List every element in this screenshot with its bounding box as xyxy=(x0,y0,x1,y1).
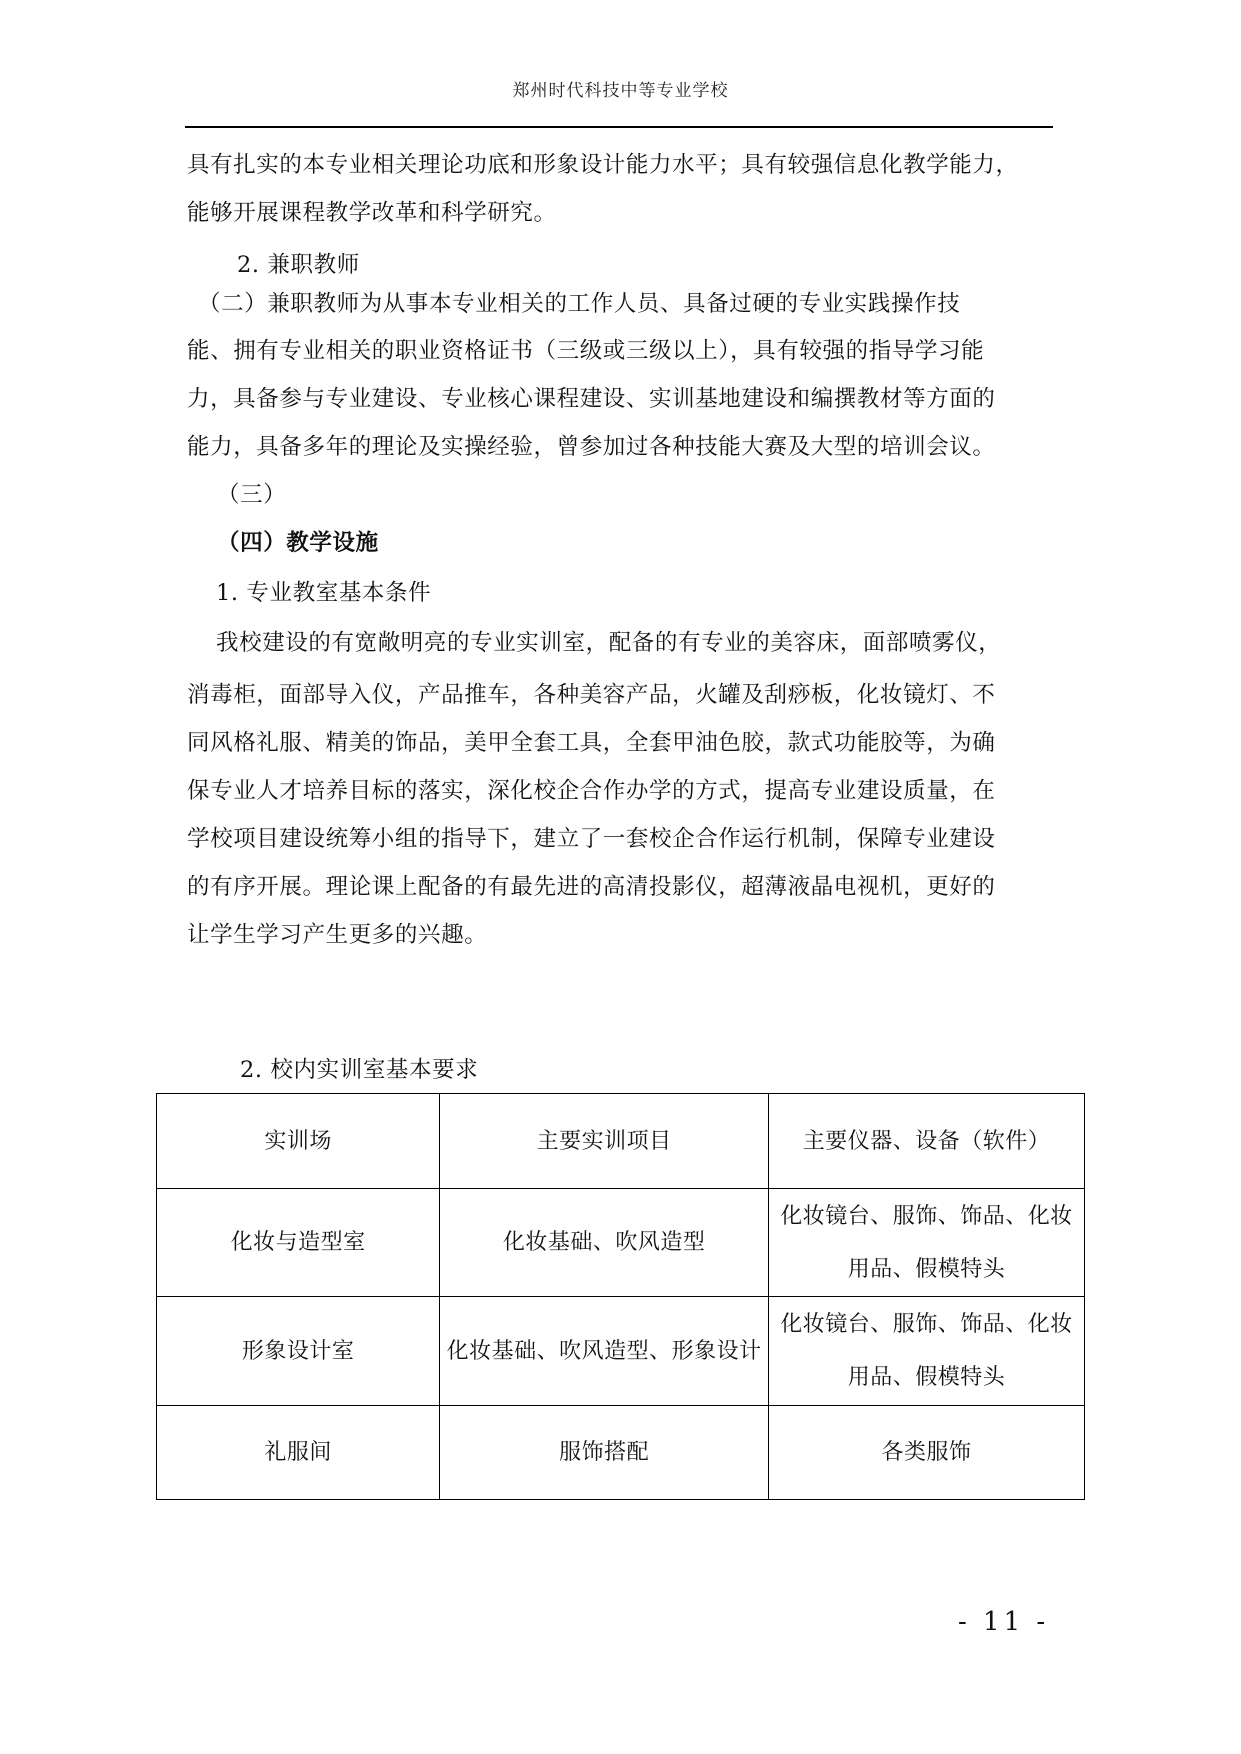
table-cell: 服饰搭配 xyxy=(440,1406,769,1500)
table-header-cell: 实训场 xyxy=(157,1094,440,1189)
paragraph-line: 能够开展课程教学改革和科学研究。 xyxy=(187,198,557,228)
paragraph-line: 让学生学习产生更多的兴趣。 xyxy=(187,920,487,950)
paragraph-line: 具有扎实的本专业相关理论功底和形象设计能力水平；具有较强信息化教学能力， xyxy=(187,150,1019,180)
table-row: 礼服间 服饰搭配 各类服饰 xyxy=(157,1406,1085,1500)
paragraph-line: （二）兼职教师为从事本专业相关的工作人员、具备过硬的专业实践操作技 xyxy=(198,289,960,319)
paragraph-line: 保专业人才培养目标的落实，深化校企合作办学的方式，提高专业建设质量，在 xyxy=(187,776,996,806)
table-cell: 化妆基础、吹风造型 xyxy=(440,1189,769,1297)
page-number: - 11 - xyxy=(958,1607,1049,1637)
paragraph-line: 能力，具备多年的理论及实操经验，曾参加过各种技能大赛及大型的培训会议。 xyxy=(187,432,996,462)
paragraph-line: 学校项目建设统筹小组的指导下，建立了一套校企合作运行机制，保障专业建设 xyxy=(187,824,996,854)
section-heading-teaching-facilities: （四）教学设施 xyxy=(217,528,379,558)
table-cell: 化妆镜台、服饰、饰品、化妆用品、假模特头 xyxy=(768,1189,1084,1297)
table-header-cell: 主要实训项目 xyxy=(440,1094,769,1189)
table-cell: 化妆基础、吹风造型、形象设计 xyxy=(440,1297,769,1406)
paragraph-line: 消毒柜，面部导入仪，产品推车，各种美容产品，火罐及刮痧板，化妆镜灯、不 xyxy=(187,680,996,710)
table-cell: 化妆与造型室 xyxy=(157,1189,440,1297)
section-heading-3: （三） xyxy=(217,480,286,510)
table-cell: 形象设计室 xyxy=(157,1297,440,1406)
header-divider xyxy=(185,126,1053,128)
table-cell: 礼服间 xyxy=(157,1406,440,1500)
paragraph-line: 我校建设的有宽敞明亮的专业实训室，配备的有专业的美容床，面部喷雾仪， xyxy=(216,628,1001,658)
paragraph-line: 力，具备参与专业建设、专业核心课程建设、实训基地建设和编撰教材等方面的 xyxy=(187,384,996,414)
table-header-row: 实训场 主要实训项目 主要仪器、设备（软件） xyxy=(157,1094,1085,1189)
table-cell: 化妆镜台、服饰、饰品、化妆用品、假模特头 xyxy=(768,1297,1084,1406)
subheading-training-room-requirements: 2. 校内实训室基本要求 xyxy=(240,1055,478,1085)
training-room-table: 实训场 主要实训项目 主要仪器、设备（软件） 化妆与造型室 化妆基础、吹风造型 … xyxy=(156,1093,1085,1500)
paragraph-line: 同风格礼服、精美的饰品，美甲全套工具，全套甲油色胶，款式功能胶等，为确 xyxy=(187,728,996,758)
page-header-title: 郑州时代科技中等专业学校 xyxy=(0,76,1241,101)
table-cell: 各类服饰 xyxy=(768,1406,1084,1500)
table-row: 化妆与造型室 化妆基础、吹风造型 化妆镜台、服饰、饰品、化妆用品、假模特头 xyxy=(157,1189,1085,1297)
paragraph-line: 的有序开展。理论课上配备的有最先进的高清投影仪，超薄液晶电视机，更好的 xyxy=(187,872,996,902)
table-header-cell: 主要仪器、设备（软件） xyxy=(768,1094,1084,1189)
table-row: 形象设计室 化妆基础、吹风造型、形象设计 化妆镜台、服饰、饰品、化妆用品、假模特… xyxy=(157,1297,1085,1406)
subheading-part-time-teachers: 2. 兼职教师 xyxy=(237,250,360,280)
paragraph-line: 能、拥有专业相关的职业资格证书（三级或三级以上），具有较强的指导学习能 xyxy=(187,336,984,366)
subheading-classroom-conditions: 1. 专业教室基本条件 xyxy=(216,578,431,608)
